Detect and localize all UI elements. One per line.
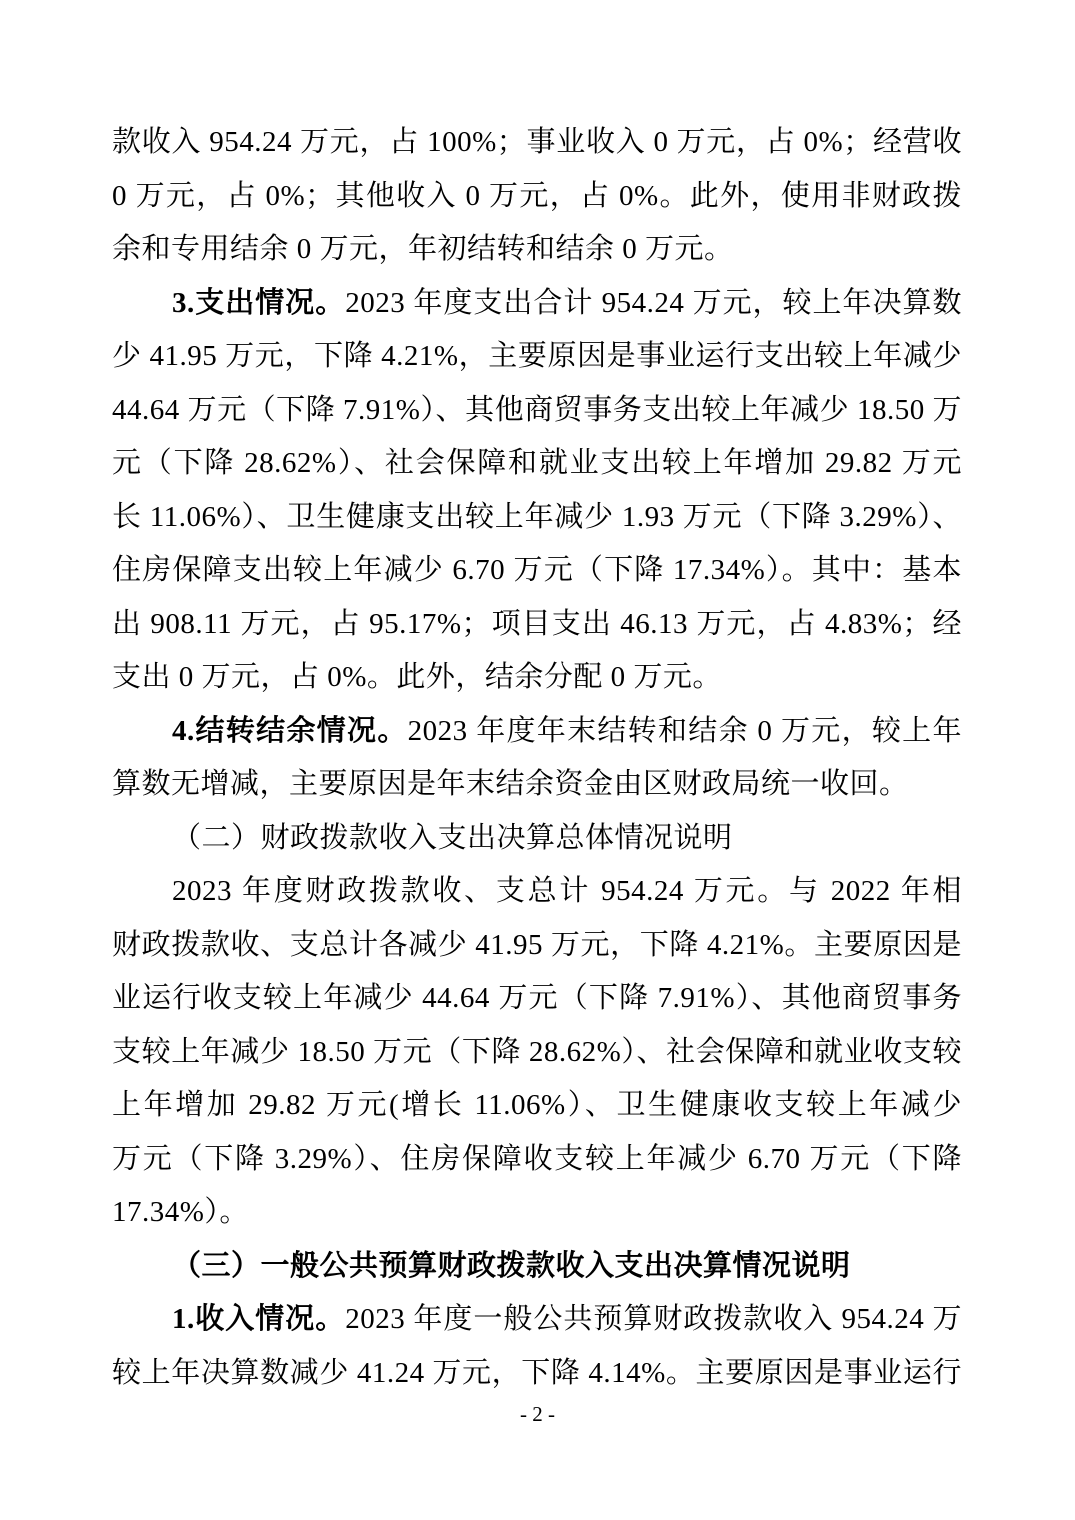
text-line: 3.支出情况。2023 年度支出合计 954.24 万元，较上年决算数减	[112, 277, 962, 331]
text-line: 17.34%）。	[112, 1186, 962, 1240]
page-number: - 2 -	[0, 1400, 1075, 1428]
text-run: 财政拨款收、支总计各减少 41.95 万元，下降 4.21%。主要原因是事	[112, 929, 962, 973]
text-run: 0 万元，占 0%；其他收入 0 万元，占 0%。此外，使用非财政拨款结	[112, 180, 962, 224]
text-run: 元（下降 28.62%）、社会保障和就业支出较上年增加 29.82 万元(增	[112, 447, 962, 491]
text-run: 少 41.95 万元，下降 4.21%，主要原因是事业运行支出较上年减少	[112, 340, 962, 372]
text-line: 出 908.11 万元，占 95.17%；项目支出 46.13 万元，占 4.8…	[112, 598, 962, 652]
document-body: 款收入 954.24 万元，占 100%；事业收入 0 万元，占 0%；经营收入…	[112, 116, 962, 1400]
text-line: 0 万元，占 0%；其他收入 0 万元，占 0%。此外，使用非财政拨款结	[112, 170, 962, 224]
text-line: 业运行收支较上年减少 44.64 万元（下降 7.91%）、其他商贸事务收	[112, 972, 962, 1026]
text-line: 44.64 万元（下降 7.91%）、其他商贸事务支出较上年减少 18.50 万	[112, 384, 962, 438]
text-run: 17.34%）。	[112, 1196, 249, 1228]
text-line: 少 41.95 万元，下降 4.21%，主要原因是事业运行支出较上年减少	[112, 330, 962, 384]
text-run: 业运行收支较上年减少 44.64 万元（下降 7.91%）、其他商贸事务收	[112, 982, 962, 1026]
text-run: 长 11.06%）、卫生健康支出较上年减少 1.93 万元（下降 3.29%）、	[112, 501, 962, 533]
paragraph-lead: 4.结转结余情况。	[172, 715, 408, 747]
text-line: 算数无增减，主要原因是年末结余资金由区财政局统一收回。	[112, 758, 962, 812]
paragraph-lead: 1.收入情况。	[172, 1303, 345, 1335]
text-line: 长 11.06%）、卫生健康支出较上年减少 1.93 万元（下降 3.29%）、	[112, 491, 962, 545]
page-number-label: - 2 -	[520, 1402, 555, 1426]
text-line: 上年增加 29.82 万元(增长 11.06%）、卫生健康收支较上年减少 1.9…	[112, 1079, 962, 1133]
text-line: 2023 年度财政拨款收、支总计 954.24 万元。与 2022 年相比，	[112, 865, 962, 919]
text-line: 余和专用结余 0 万元，年初结转和结余 0 万元。	[112, 223, 962, 277]
text-line: 元（下降 28.62%）、社会保障和就业支出较上年增加 29.82 万元(增	[112, 437, 962, 491]
text-line: 支出 0 万元，占 0%。此外，结余分配 0 万元。	[112, 651, 962, 705]
text-run: 支较上年减少 18.50 万元（下降 28.62%）、社会保障和就业收支较	[112, 1036, 962, 1068]
text-run: （二）财政拨款收入支出决算总体情况说明	[172, 822, 733, 854]
text-line: 1.收入情况。2023 年度一般公共预算财政拨款收入 954.24 万元，	[112, 1293, 962, 1347]
text-line: 财政拨款收、支总计各减少 41.95 万元，下降 4.21%。主要原因是事	[112, 919, 962, 973]
text-line: 较上年决算数减少 41.24 万元，下降 4.14%。主要原因是事业运行收	[112, 1347, 962, 1401]
document-page: 款收入 954.24 万元，占 100%；事业收入 0 万元，占 0%；经营收入…	[0, 0, 1075, 1520]
text-run: 余和专用结余 0 万元，年初结转和结余 0 万元。	[112, 233, 734, 265]
text-run: 出 908.11 万元，占 95.17%；项目支出 46.13 万元，占 4.8…	[112, 608, 962, 652]
text-run: 上年增加 29.82 万元(增长 11.06%）、卫生健康收支较上年减少 1.9…	[112, 1089, 962, 1133]
section-heading: （三）一般公共预算财政拨款收入支出决算情况说明	[112, 1240, 962, 1294]
text-run: 44.64 万元（下降 7.91%）、其他商贸事务支出较上年减少 18.50 万	[112, 394, 962, 426]
text-run: 2023 年度财政拨款收、支总计 954.24 万元。与 2022 年相比，	[112, 875, 962, 919]
paragraph-lead: 3.支出情况。	[172, 287, 345, 319]
text-run: 算数无增减，主要原因是年末结余资金由区财政局统一收回。	[112, 768, 909, 800]
text-line: 支较上年减少 18.50 万元（下降 28.62%）、社会保障和就业收支较	[112, 1026, 962, 1080]
text-run: 住房保障支出较上年减少 6.70 万元（下降 17.34%）。其中：基本支	[112, 554, 962, 598]
text-line: 款收入 954.24 万元，占 100%；事业收入 0 万元，占 0%；经营收入	[112, 116, 962, 170]
text-run: （三）一般公共预算财政拨款收入支出决算情况说明	[172, 1250, 851, 1282]
text-run: 支出 0 万元，占 0%。此外，结余分配 0 万元。	[112, 661, 722, 693]
text-run: 较上年决算数减少 41.24 万元，下降 4.14%。主要原因是事业运行收	[112, 1357, 962, 1401]
section-heading: （二）财政拨款收入支出决算总体情况说明	[112, 812, 962, 866]
text-run: 款收入 954.24 万元，占 100%；事业收入 0 万元，占 0%；经营收入	[112, 126, 962, 170]
text-line: 住房保障支出较上年减少 6.70 万元（下降 17.34%）。其中：基本支	[112, 544, 962, 598]
text-line: 万元（下降 3.29%）、住房保障收支较上年减少 6.70 万元（下降	[112, 1133, 962, 1187]
text-run: 万元（下降 3.29%）、住房保障收支较上年减少 6.70 万元（下降	[112, 1143, 962, 1175]
text-line: 4.结转结余情况。2023 年度年末结转和结余 0 万元，较上年决	[112, 705, 962, 759]
